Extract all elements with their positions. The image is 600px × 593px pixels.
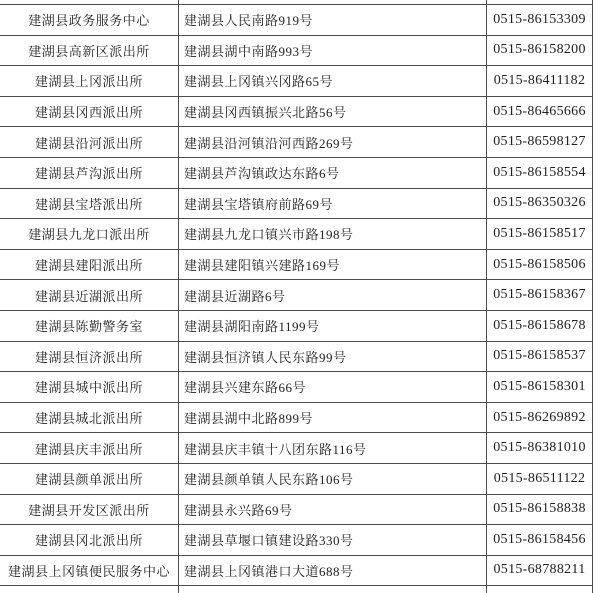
name-cell: 建湖县近湖派出所 [0, 280, 179, 311]
name-cell: 建湖县芦沟派出所 [0, 158, 179, 189]
phone-cell: 0515-86153309 [487, 5, 593, 36]
address-cell: 建湖县兴建东路66号 [179, 372, 487, 403]
partial-row-cell [487, 586, 593, 593]
name-cell: 建湖县上冈镇便民服务中心 [0, 556, 179, 587]
phone-cell: 0515-86158301 [487, 372, 593, 403]
address-cell: 建湖县湖中北路899号 [179, 403, 487, 434]
name-cell: 建湖县陈勤警务室 [0, 311, 179, 342]
phone-cell: 0515-86350326 [487, 189, 593, 220]
address-cell: 建湖县九龙口镇兴市路198号 [179, 219, 487, 250]
address-cell: 建湖县建阳镇兴建路169号 [179, 250, 487, 281]
address-cell: 建湖县庆丰镇十八团东路116号 [179, 433, 487, 464]
address-cell: 建湖县上冈镇港口大道688号 [179, 556, 487, 587]
phone-cell: 0515-86158554 [487, 158, 593, 189]
name-cell: 建湖县政务服务中心 [0, 5, 179, 36]
phone-cell: 0515-86158456 [487, 525, 593, 556]
address-cell: 建湖县近湖路6号 [179, 280, 487, 311]
partial-row-cell [0, 586, 179, 593]
name-cell: 建湖县城北派出所 [0, 403, 179, 434]
address-cell: 建湖县恒济镇人民东路99号 [179, 342, 487, 373]
phone-cell: 0515-86158678 [487, 311, 593, 342]
phone-cell: 0515-86511122 [487, 464, 593, 495]
address-cell: 建湖县湖中南路993号 [179, 36, 487, 67]
address-cell: 建湖县草堰口镇建设路330号 [179, 525, 487, 556]
phone-cell: 0515-86158517 [487, 219, 593, 250]
name-cell: 建湖县开发区派出所 [0, 495, 179, 526]
address-cell: 建湖县湖阳南路1199号 [179, 311, 487, 342]
phone-cell: 0515-86158367 [487, 280, 593, 311]
phone-cell: 0515-86381010 [487, 433, 593, 464]
address-cell: 建湖县颜单镇人民东路106号 [179, 464, 487, 495]
name-cell: 建湖县冈西派出所 [0, 97, 179, 128]
name-cell: 建湖县建阳派出所 [0, 250, 179, 281]
address-cell: 建湖县芦沟镇政达东路6号 [179, 158, 487, 189]
phone-cell: 0515-68788211 [487, 556, 593, 587]
address-cell: 建湖县冈西镇振兴北路56号 [179, 97, 487, 128]
contact-table: 建湖县政务服务中心建湖县人民南路919号0515-86153309建湖县高新区派… [0, 0, 593, 593]
phone-cell: 0515-86158838 [487, 495, 593, 526]
phone-cell: 0515-86598127 [487, 127, 593, 158]
contact-table-screen: 建湖县政务服务中心建湖县人民南路919号0515-86153309建湖县高新区派… [0, 0, 600, 593]
name-cell: 建湖县九龙口派出所 [0, 219, 179, 250]
name-cell: 建湖县高新区派出所 [0, 36, 179, 67]
address-cell: 建湖县宝塔镇府前路69号 [179, 189, 487, 220]
name-cell: 建湖县恒济派出所 [0, 342, 179, 373]
name-cell: 建湖县宝塔派出所 [0, 189, 179, 220]
phone-cell: 0515-86158200 [487, 36, 593, 67]
address-cell: 建湖县上冈镇兴冈路65号 [179, 66, 487, 97]
partial-row-cell [179, 586, 487, 593]
name-cell: 建湖县城中派出所 [0, 372, 179, 403]
name-cell: 建湖县冈北派出所 [0, 525, 179, 556]
phone-cell: 0515-86158537 [487, 342, 593, 373]
phone-cell: 0515-86411182 [487, 66, 593, 97]
address-cell: 建湖县沿河镇沿河西路269号 [179, 127, 487, 158]
address-cell: 建湖县永兴路69号 [179, 495, 487, 526]
address-cell: 建湖县人民南路919号 [179, 5, 487, 36]
phone-cell: 0515-86465666 [487, 97, 593, 128]
phone-cell: 0515-86269892 [487, 403, 593, 434]
name-cell: 建湖县沿河派出所 [0, 127, 179, 158]
name-cell: 建湖县庆丰派出所 [0, 433, 179, 464]
phone-cell: 0515-86158506 [487, 250, 593, 281]
name-cell: 建湖县上冈派出所 [0, 66, 179, 97]
name-cell: 建湖县颜单派出所 [0, 464, 179, 495]
